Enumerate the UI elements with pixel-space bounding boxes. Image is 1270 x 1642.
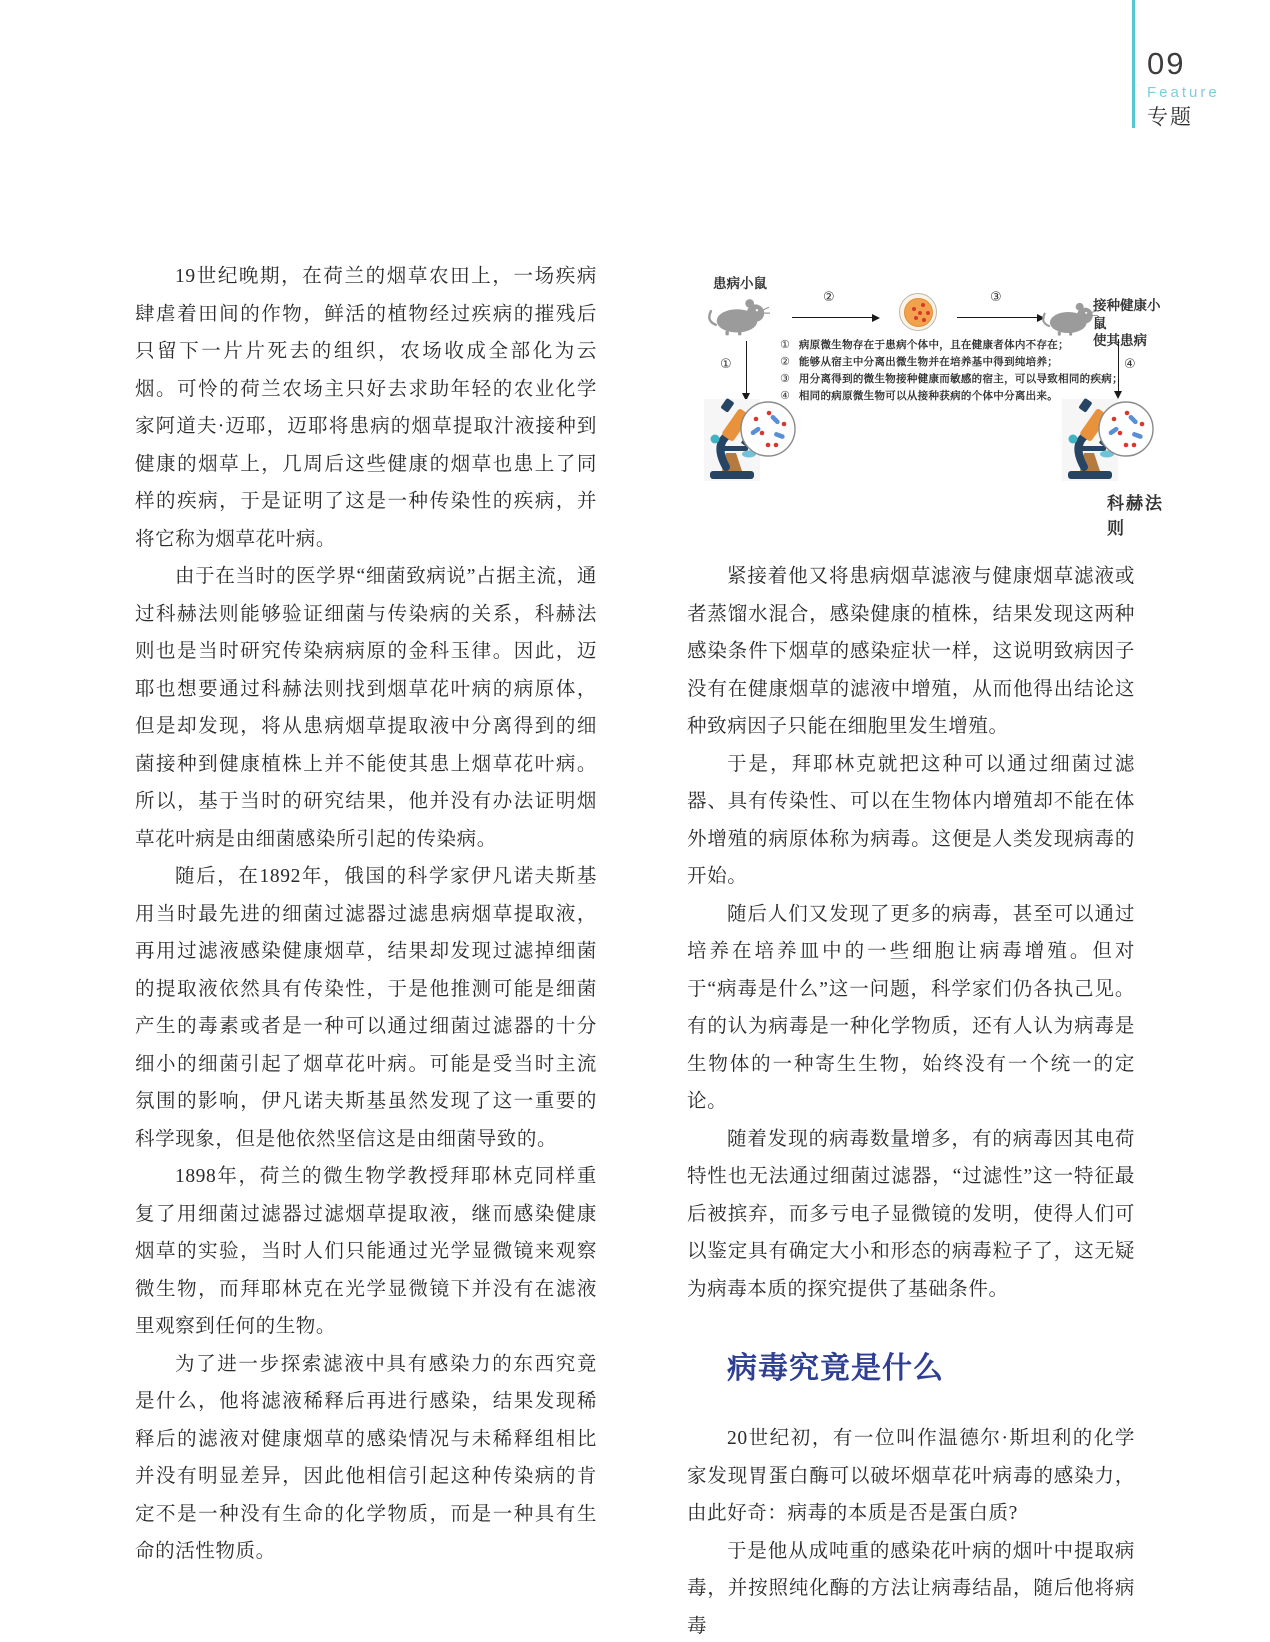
paragraph: 由于在当时的医学界“细菌致病说”占据主流，通过科赫法则能够验证细菌与传染病的关系…: [135, 558, 597, 858]
step3-label: ③: [990, 289, 1002, 305]
section-label-en: Feature: [1147, 84, 1220, 101]
section-label-zh: 专题: [1147, 101, 1193, 131]
arrow-step3: [957, 317, 1043, 318]
paragraph: 随着发现的病毒数量增多，有的病毒因其电荷特性也无法通过细菌过滤器，“过滤性”这一…: [687, 1121, 1135, 1309]
arrow-step2: [792, 317, 878, 318]
postulate-item: ① 病原微生物存在于患病个体中，且在健康者体内不存在；: [780, 337, 1140, 353]
koch-postulates-figure: 患病小鼠 ① ②: [660, 253, 1165, 523]
postulate-text: 相同的病原微生物可以从接种获病的个体中分离出来。: [799, 388, 1058, 404]
paragraph: 为了进一步探索滤液中具有感染力的东西究竟是什么，他将滤液稀释后再进行感染，结果发…: [135, 1346, 597, 1571]
arrow-step1: [746, 341, 747, 399]
postulate-item: ③ 用分离得到的微生物接种健康而敏感的宿主，可以导致相同的疾病；: [780, 371, 1140, 387]
step1-label: ①: [720, 356, 732, 372]
header-accent-line: [1132, 0, 1135, 128]
sick-mouse-icon: [708, 297, 770, 337]
paragraph: 于是，拜耶林克就把这种可以通过细菌过滤器、具有传染性、可以在生物体内增殖却不能在…: [687, 746, 1135, 896]
postulate-number: ②: [780, 354, 790, 370]
magazine-page: 09 Feature 专题 患病小鼠 ① ②: [0, 0, 1270, 1642]
step2-label: ②: [823, 289, 835, 305]
paragraph: 随后人们又发现了更多的病毒，甚至可以通过培养在培养皿中的一些细胞让病毒增殖。但对…: [687, 896, 1135, 1121]
paragraph: 20世纪初，有一位叫作温德尔·斯坦利的化学家发现胃蛋白酶可以破坏烟草花叶病毒的感…: [687, 1420, 1135, 1533]
microscope-icon: [702, 393, 802, 485]
postulate-number: ③: [780, 371, 790, 387]
postulate-text: 病原微生物存在于患病个体中，且在健康者体内不存在；: [799, 337, 1069, 353]
petri-dish-agar: [904, 298, 933, 327]
sick-mouse-label: 患病小鼠: [713, 275, 767, 293]
postulate-number: ①: [780, 337, 790, 353]
section-heading: 病毒究竟是什么: [727, 1348, 1135, 1390]
inoculated-mouse-icon: [1042, 301, 1098, 337]
paragraph: 随后，在1892年，俄国的科学家伊凡诺夫斯基用当时最先进的细菌过滤器过滤患病烟草…: [135, 858, 597, 1158]
postulate-text: 用分离得到的微生物接种健康而敏感的宿主，可以导致相同的疾病；: [799, 371, 1123, 387]
paragraph: 于是他从成吨重的感染花叶病的烟叶中提取病毒，并按照纯化酶的方法让病毒结晶，随后他…: [687, 1533, 1135, 1642]
paragraph: 1898年，荷兰的微生物学教授拜耶林克同样重复了用细菌过滤器过滤烟草提取液，继而…: [135, 1158, 597, 1346]
postulate-item: ② 能够从宿主中分离出微生物并在培养基中得到纯培养；: [780, 354, 1140, 370]
microscope-icon: [1060, 393, 1160, 485]
inoculate-mouse-label-line1: 接种健康小鼠: [1093, 297, 1165, 332]
figure-caption: 科赫法则: [1107, 489, 1165, 539]
petri-dish-icon: [899, 293, 937, 331]
paragraph: 19世纪晚期，在荷兰的烟草农田上，一场疾病肆虐着田间的作物，鲜活的植物经过疾病的…: [135, 258, 597, 558]
page-number: 09: [1147, 46, 1185, 82]
paragraph: 紧接着他又将患病烟草滤液与健康烟草滤液或者蒸馏水混合，感染健康的植株，结果发现这…: [687, 558, 1135, 746]
right-column: 紧接着他又将患病烟草滤液与健康烟草滤液或者蒸馏水混合，感染健康的植株，结果发现这…: [687, 558, 1135, 1642]
left-column: 19世纪晚期，在荷兰的烟草农田上，一场疾病肆虐着田间的作物，鲜活的植物经过疾病的…: [135, 258, 597, 1571]
postulate-text: 能够从宿主中分离出微生物并在培养基中得到纯培养；: [799, 354, 1058, 370]
